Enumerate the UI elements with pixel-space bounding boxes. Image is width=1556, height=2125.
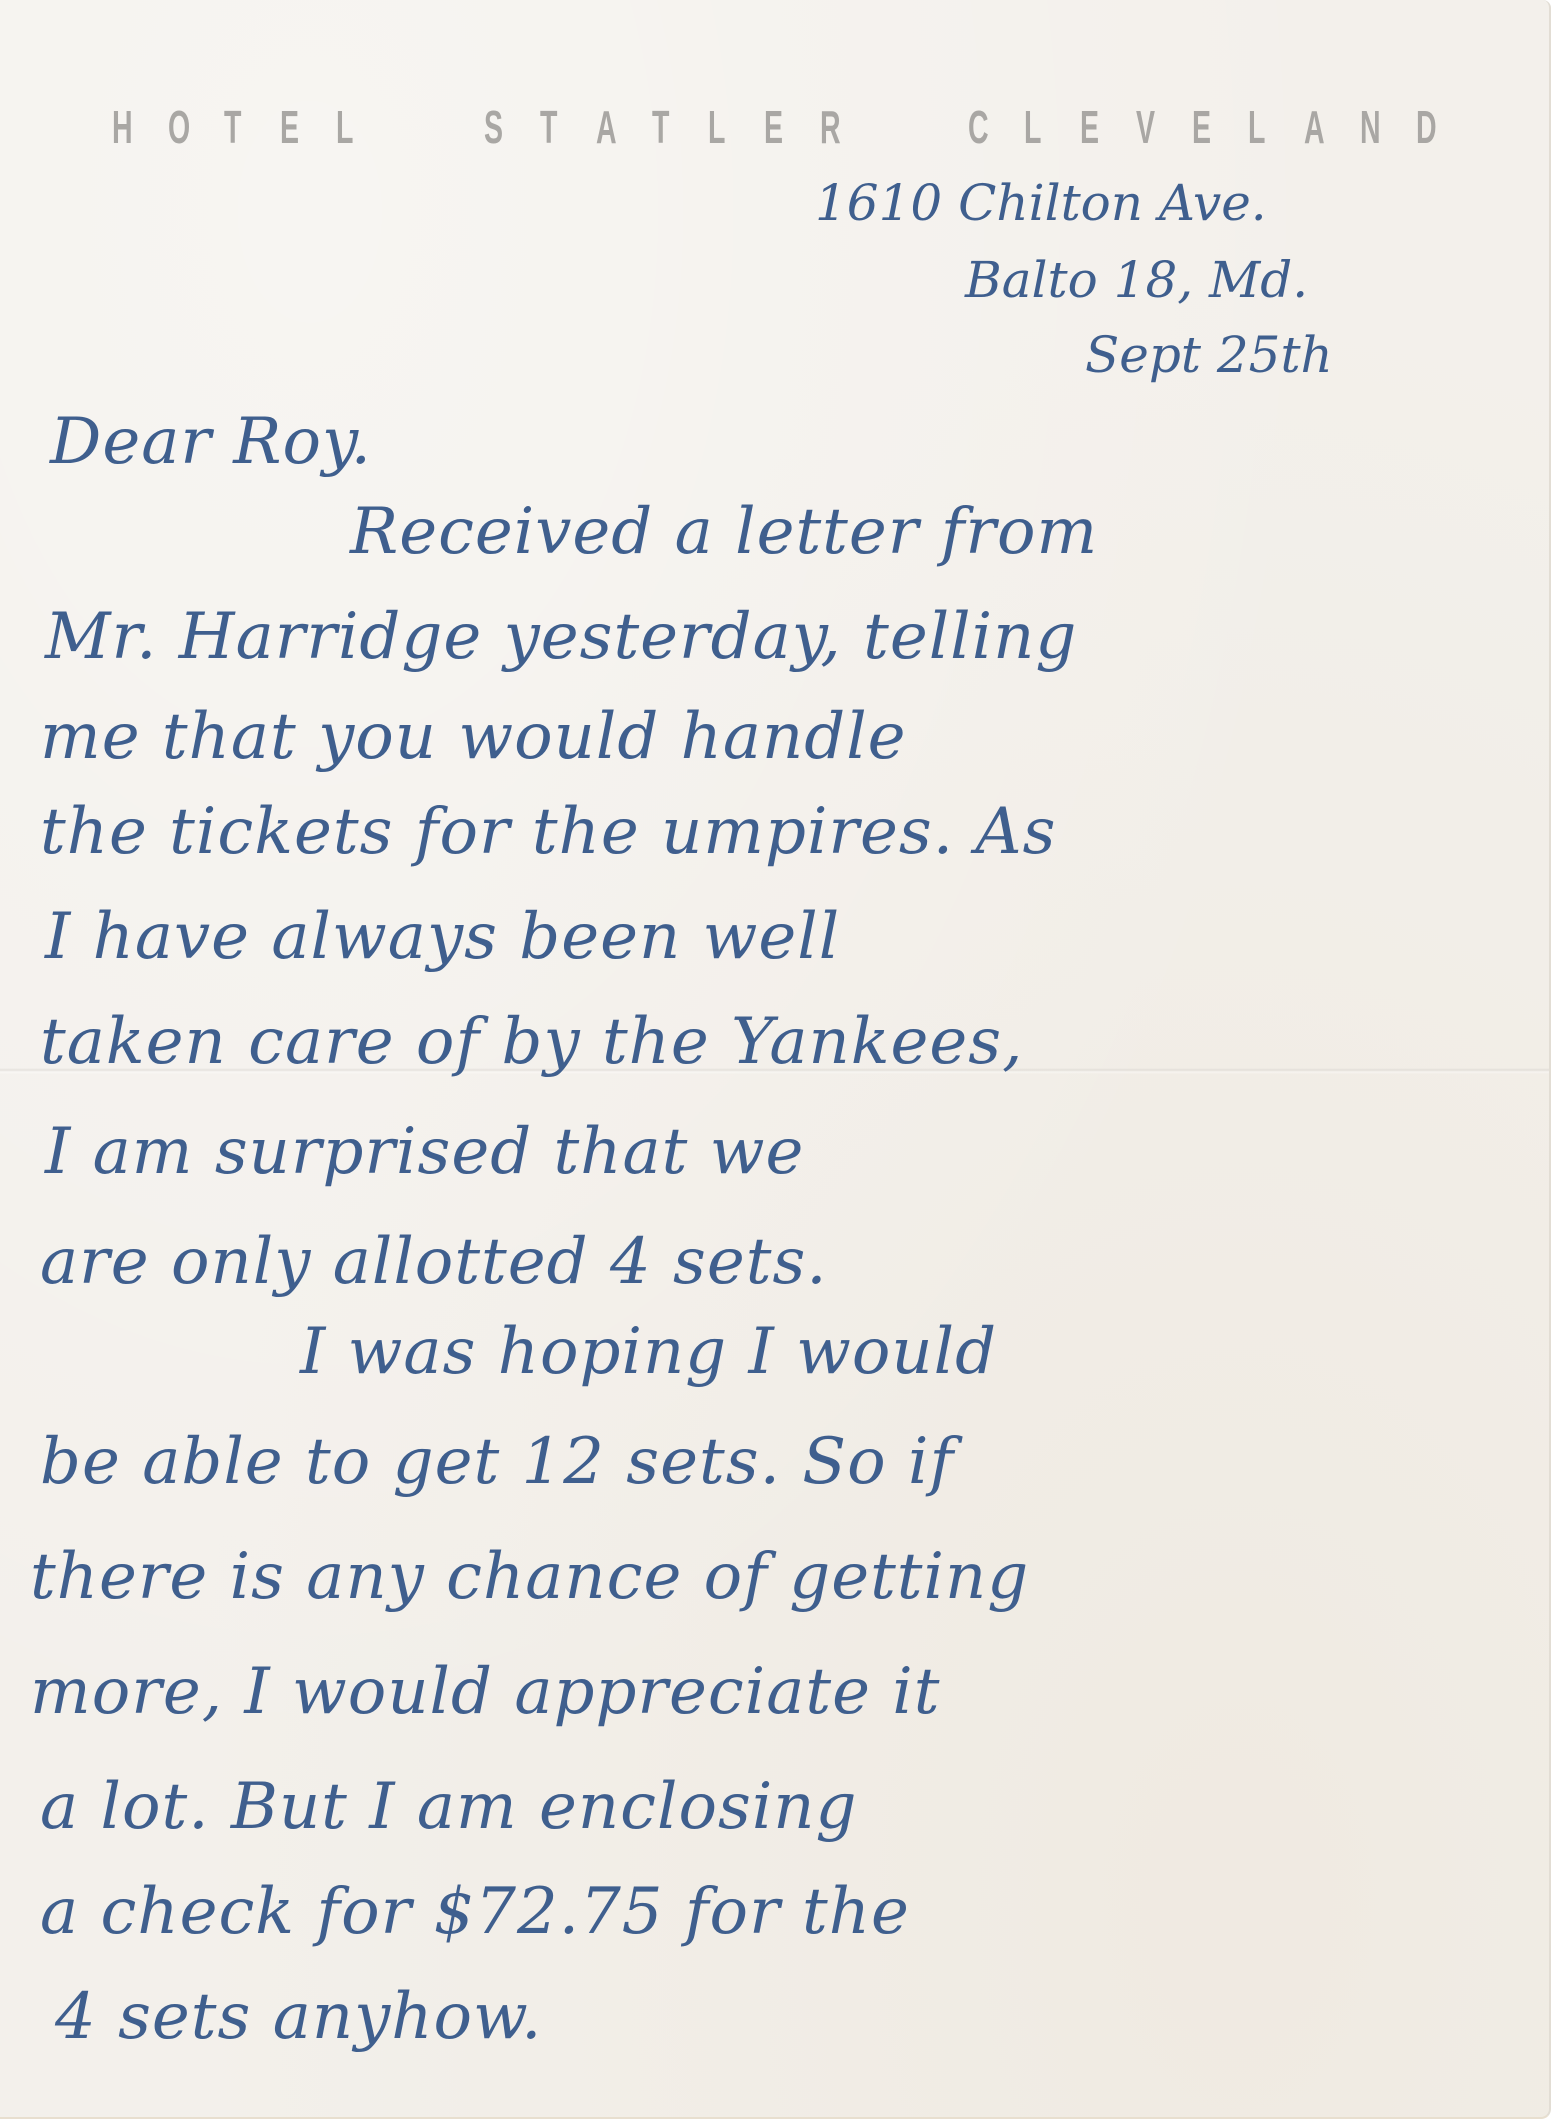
letterhead-letter: V: [1136, 104, 1171, 150]
body-line: 4 sets anyhow.: [55, 1985, 543, 2049]
letter-date: Sept 25th: [1085, 330, 1333, 380]
letterhead-word-cleveland: CLEVELAND: [968, 104, 1472, 150]
body-line: there is any chance of getting: [30, 1545, 1029, 1609]
letter-paper: HOTEL STATLER CLEVELAND 1610 Chilton Ave…: [0, 0, 1551, 2119]
body-line: I was hoping I would: [300, 1320, 997, 1384]
body-line: be able to get 12 sets. So if: [40, 1430, 954, 1494]
letterhead: HOTEL STATLER CLEVELAND: [112, 104, 1472, 150]
body-line: Mr. Harridge yesterday, telling: [45, 605, 1077, 669]
letterhead-letter: H: [112, 104, 147, 150]
return-address-city: Balto 18, Md.: [965, 255, 1308, 305]
letterhead-letter: E: [1192, 104, 1227, 150]
letterhead-letter: T: [540, 104, 575, 150]
body-line: a lot. But I am enclosing: [40, 1775, 857, 1839]
body-line: taken care of by the Yankees,: [40, 1010, 1023, 1074]
letterhead-letter: T: [652, 104, 687, 150]
letterhead-letter: E: [764, 104, 799, 150]
letterhead-letter: N: [1360, 104, 1395, 150]
letterhead-word-hotel: HOTEL: [112, 104, 392, 150]
letterhead-letter: E: [280, 104, 315, 150]
letterhead-letter: C: [968, 104, 1003, 150]
letterhead-letter: L: [1024, 104, 1059, 150]
letterhead-letter: E: [1080, 104, 1115, 150]
body-line: the tickets for the umpires. As: [40, 800, 1056, 864]
letterhead-letter: S: [484, 104, 519, 150]
body-line: I have always been well: [45, 905, 840, 969]
letterhead-letter: D: [1416, 104, 1451, 150]
body-line: are only allotted 4 sets.: [40, 1230, 828, 1294]
salutation: Dear Roy.: [50, 410, 372, 474]
letterhead-letter: T: [224, 104, 259, 150]
body-line: me that you would handle: [40, 705, 907, 769]
body-line: Received a letter from: [350, 500, 1098, 564]
letterhead-letter: A: [596, 104, 631, 150]
letterhead-word-statler: STATLER: [484, 104, 876, 150]
body-line: a check for $72.75 for the: [40, 1880, 910, 1944]
letterhead-letter: O: [168, 104, 203, 150]
letterhead-letter: A: [1304, 104, 1339, 150]
letterhead-letter: L: [336, 104, 371, 150]
body-line: I am surprised that we: [45, 1120, 804, 1184]
letterhead-letter: L: [708, 104, 743, 150]
body-line: more, I would appreciate it: [30, 1660, 940, 1724]
letterhead-letter: R: [820, 104, 855, 150]
letterhead-letter: L: [1248, 104, 1283, 150]
return-address-street: 1610 Chilton Ave.: [815, 178, 1267, 228]
